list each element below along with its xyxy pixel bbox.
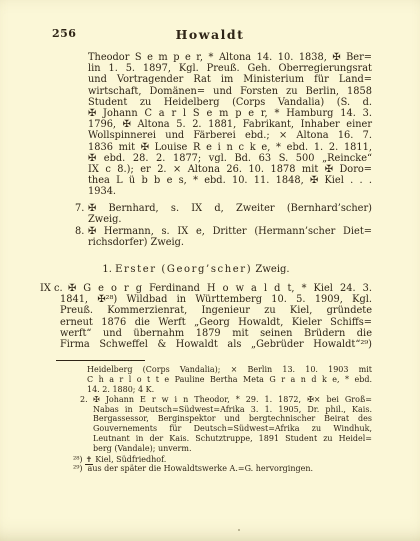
text-line: ✠ Johann C a r l S e m p e r, * Hamburg … xyxy=(88,108,372,119)
text-line: werft“ und übernahm 1879 mit seinen Brüd… xyxy=(60,328,372,339)
footnote-29: ²⁹) aus der später die Howaldtswerke A.=… xyxy=(73,464,372,474)
footnote-line: Leutnant in der Kais. Schutztruppe, 1891… xyxy=(93,434,372,444)
footnote-line: ✠ Johann E r w i n Theodor, * 29. 1. 187… xyxy=(93,395,372,405)
footnote-marker: ²⁹) xyxy=(73,464,85,474)
footnote-item-2: 2. ✠ Johann E r w i n Theodor, * 29. 1. … xyxy=(93,395,372,454)
list-item-8-hermann: 8. ✠ Hermann, s. IX e, Dritter (Hermann’… xyxy=(88,226,372,248)
section-heading-number: 1. xyxy=(102,264,112,275)
footnote-text: aus der später die Howaldtswerke A.=G. h… xyxy=(88,464,313,473)
text-line: Zweig. xyxy=(88,214,372,225)
footnote-line: C h a r l o t t e Pauline Bertha Meta G … xyxy=(87,375,372,385)
footnote-line: berg (Vandale); unverm. xyxy=(93,444,372,454)
scan-speck xyxy=(238,529,240,531)
text-line: Theodor S e m p e r, * Altona 14. 10. 18… xyxy=(88,52,372,63)
footnote-line: Heidelberg (Corps Vandalia); × Berlin 13… xyxy=(87,365,372,375)
text-line: richsdorfer) Zweig. xyxy=(88,237,372,248)
footnote-text: Kiel, Südfriedhof. xyxy=(95,455,166,464)
footnote-line: 14. 2. 1880; 4 K. xyxy=(87,385,372,395)
text-line: Wollspinnerei und Färberei ebd.; × Alton… xyxy=(88,130,372,141)
footnote-continuation: Heidelberg (Corps Vandalia); × Berlin 13… xyxy=(87,365,372,395)
text-line: 1841, ✠²⁸) Wildbad in Württemberg 10. 5.… xyxy=(60,294,372,305)
footnote-item-number: 2. xyxy=(80,395,88,405)
text-line: thea L ü b b e s, * ebd. 10. 11. 1848, ✠… xyxy=(88,175,372,186)
footnote-line: Gouvernements für Deutsch=Südwest=Afrika… xyxy=(93,424,372,434)
text-line: und Vortragender Rat im Ministerium für … xyxy=(88,74,372,85)
footnote-separator-rule xyxy=(56,360,145,361)
text-line: IX c 8.); er 2. × Altona 26. 10. 1878 mi… xyxy=(88,164,372,175)
generation-label: IX c. xyxy=(40,283,63,294)
footnote-28: ²⁸)✝ Kiel, Südfriedhof. xyxy=(73,455,372,465)
section-heading-rest: Zweig. xyxy=(255,264,289,275)
text-line: Student zu Heidelberg (Corps Vandalia) (… xyxy=(88,97,372,108)
text-line: ✠ Hermann, s. IX e, Dritter (Hermann’sch… xyxy=(88,226,372,237)
text-line: lin 1. 5. 1897, Kgl. Preuß. Geh. Oberreg… xyxy=(88,63,372,74)
list-item-7-bernhard: 7. ✠ Bernhard, s. IX d, Zweiter (Bernhar… xyxy=(88,203,372,225)
paragraph-theodor-semper: Theodor S e m p e r, * Altona 14. 10. 18… xyxy=(88,52,372,197)
text-line: Firma Schweffel & Howaldt als „Gebrüder … xyxy=(60,339,372,350)
text-line: ✠ Bernhard, s. IX d, Zweiter (Bernhard’s… xyxy=(88,203,372,214)
list-item-number: 8. xyxy=(75,226,84,237)
text-line: 1796, ✠ Altona 5. 2. 1881, Fabrikant, In… xyxy=(88,119,372,130)
page-header-title: Howaldt xyxy=(0,27,420,42)
text-line: Preuß. Kommerzienrat, Ingenieur zu Kiel,… xyxy=(60,305,372,316)
paragraph-ixc-georg-howaldt: IX c. ✠ G e o r g Ferdinand H o w a l d … xyxy=(60,283,372,350)
text-line: 1836 mit ✠ Louise R e i n c k e, * ebd. … xyxy=(88,142,372,153)
list-item-number: 7. xyxy=(75,203,84,214)
section-heading: 1. Erster (Georg’scher) Zweig. xyxy=(40,264,352,275)
text-line: erneut 1876 die Werft „Georg Howaldt, Ki… xyxy=(60,317,372,328)
text-line: ✠ G e o r g Ferdinand H o w a l d t, * K… xyxy=(60,283,372,294)
section-heading-spaced: Erster (Georg’scher) xyxy=(115,264,252,275)
text-line: wirtschaft, Domänen= und Forsten zu Berl… xyxy=(88,86,372,97)
text-line: ✠ ebd. 28. 2. 1877; vgl. Bd. 63 S. 500 „… xyxy=(88,153,372,164)
buried-symbol: ✝ xyxy=(85,456,93,465)
footnote-line: Nabas in Deutsch=Südwest=Afrika 3. 1. 19… xyxy=(93,405,372,415)
footnote-marker: ²⁸) xyxy=(73,455,85,465)
text-line: 1934. xyxy=(88,186,372,197)
footnote-line: Bergassessor, Berginspektor und bergtech… xyxy=(93,414,372,424)
book-page: 256 Howaldt Theodor S e m p e r, * Alton… xyxy=(0,0,420,541)
